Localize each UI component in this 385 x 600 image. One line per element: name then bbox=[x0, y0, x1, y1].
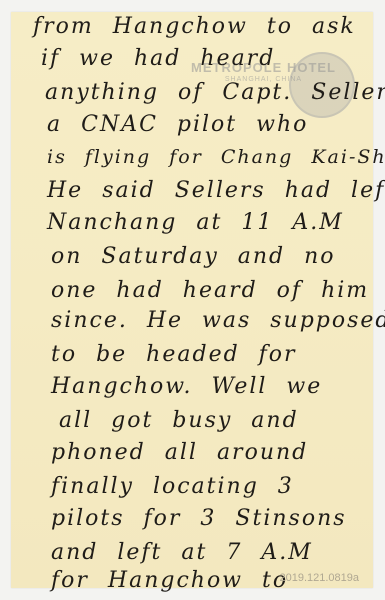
handwritten-text: from Hangchow to ask if we had heard any… bbox=[11, 12, 373, 588]
text-line: since. He was supposed bbox=[51, 308, 385, 333]
text-line: pilots for 3 Stinsons bbox=[51, 506, 347, 531]
text-line: Hangchow. Well we bbox=[51, 374, 322, 399]
text-line: finally locating 3 bbox=[51, 474, 294, 499]
text-line: if we had heard bbox=[41, 46, 275, 71]
text-line: anything of Capt. Sellers bbox=[45, 80, 385, 105]
accession-number: 2019.121.0819a bbox=[279, 572, 359, 584]
text-line: from Hangchow to ask bbox=[33, 14, 356, 39]
text-line: one had heard of him bbox=[51, 278, 369, 303]
text-line: He said Sellers had left bbox=[47, 178, 385, 203]
letter-page: METROPOLE HOTEL SHANGHAI, CHINA from Han… bbox=[11, 12, 373, 588]
text-line: all got busy and bbox=[59, 408, 299, 433]
text-line: on Saturday and no bbox=[51, 244, 336, 269]
text-line: phoned all around bbox=[51, 440, 308, 465]
text-line: for Hangchow to bbox=[51, 568, 288, 593]
text-line: and left at 7 A.M bbox=[51, 540, 313, 565]
text-line: to be headed for bbox=[51, 342, 297, 367]
text-line: Nanchang at 11 A.M bbox=[47, 210, 344, 235]
text-line: is flying for Chang Kai-Shek bbox=[47, 146, 385, 168]
text-line: a CNAC pilot who bbox=[47, 112, 308, 137]
